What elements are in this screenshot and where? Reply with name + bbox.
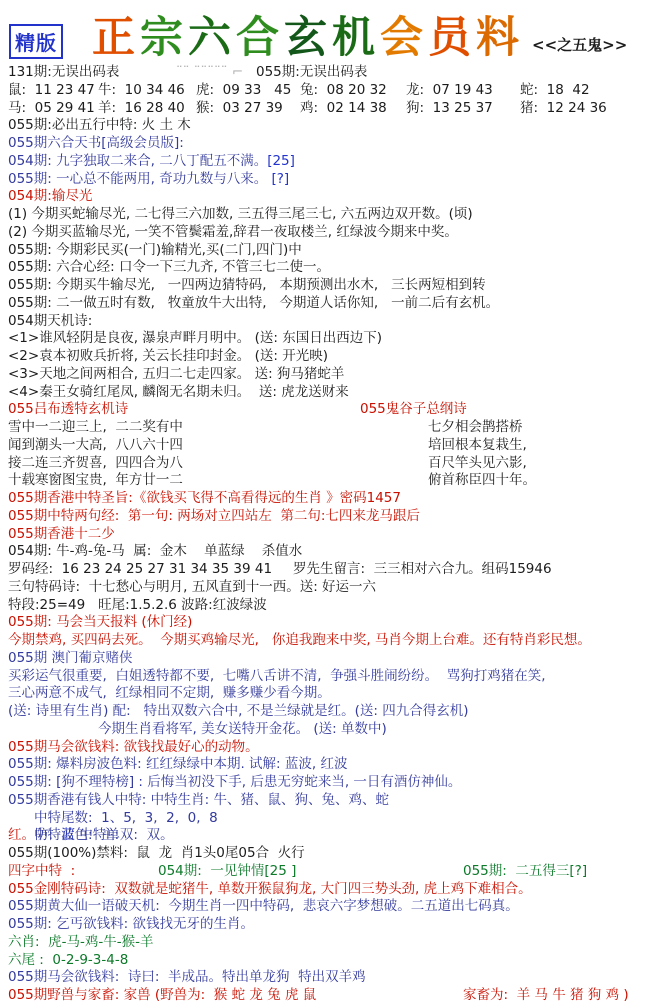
text-line: 055期: [狗不理特榜] : 后悔当初没下手, 后患无穷蛇来当, 一日有酒仿神… (8, 774, 654, 792)
text-line: 055期: 今期买牛输尽光, 一四两边猜特码, 本期预测出水木, 三长两短相到转 (8, 277, 654, 295)
text-segment: <2>袁本初败兵折将, 关云长挂印封金。 (送: 开光映) (8, 348, 328, 364)
text-segment: 055期六合天书[高级会员版]: (8, 135, 184, 151)
title-char: 合 (236, 13, 284, 63)
text-line: 055期香港有钱人中特: 中特生肖: 牛、猪、鼠、狗、兔、鸡、蛇 (8, 792, 654, 810)
title-char: 宗 (140, 13, 188, 63)
text-line: 055期香港十二少 (8, 526, 654, 544)
text-segment: 蛇: 18 42 (520, 82, 590, 100)
text-line: 买彩运气很重要, 白姐透特都不要, 七嘴八舌讲不清, 争强斗胜闹纷纷。 骂狗打鸡… (8, 668, 654, 686)
text-segment: ¨¨ ¨¨¨¨¨ ⌐ (176, 64, 243, 82)
text-segment: 中特波色: 主: (34, 827, 128, 845)
text-segment: 055期: 爆料房波色料: 红红绿绿中本期. 试解: 蓝波, 红波 (8, 756, 347, 772)
text-line: 055期: 六合心经: 口令一下三九齐, 不管三七二使一。 (8, 259, 654, 277)
text-segment: 龙: 07 19 43 (406, 82, 493, 100)
text-line: 鼠: 11 23 47牛: 10 34 46虎: 09 33 45兔: 08 2… (8, 82, 654, 100)
text-line: 055期马会欲钱料: 诗曰: 半成品。特出单龙狗 特出双羊鸡 (8, 969, 654, 987)
text-segment: 055吕布透特玄机诗 (8, 401, 128, 417)
text-segment: 055期 澳门葡京赌侠 (8, 650, 133, 666)
text-line: (1) 今期买蛇输尽光, 二七得三六加数, 三五得三尾三七, 六五两边双开数。(… (8, 206, 654, 224)
edition-subtitle: <<之五鬼>> (532, 34, 627, 55)
text-line: 中特波色: 主: 红。防: 蓝 中特单双: 双。 (8, 827, 654, 845)
text-segment: 十载寒窗图宝贵, 年方廿一二 (8, 472, 183, 488)
text-line: 055期(100%)禁料: 鼠 龙 肖1头0尾05合 火行 (8, 845, 654, 863)
text-segment: 055期野兽与家畜: 家兽 (野兽为: 猴 蛇 龙 兔 虎 鼠 (8, 987, 316, 1003)
text-segment: 中特尾数: 1、5, 3, 2, 0, 8 (34, 810, 218, 828)
text-segment: 猴: 03 27 39 (196, 100, 283, 118)
text-segment: 055期马会欲钱料: 诗曰: 半成品。特出单龙狗 特出双羊鸡 (8, 969, 366, 985)
text-line: 054期: 牛-鸡-兔-马 属: 金木 单蓝绿 杀值水 (8, 543, 654, 561)
text-line: 雪中一二迎三上, 二二奖有中七夕相会鹊搭桥 (8, 419, 654, 437)
text-line: 131期:无误出码表¨¨ ¨¨¨¨¨ ⌐055期:无误出码表 (8, 64, 654, 82)
text-line: 马: 05 29 41羊: 16 28 40猴: 03 27 39鸡: 02 1… (8, 100, 654, 118)
text-segment: 055期: [狗不理特榜] : 后悔当初没下手, 后患无穷蛇来当, 一日有酒仿神… (8, 774, 461, 790)
text-segment: 055期: 二五得三[?] (463, 863, 587, 881)
text-segment: 兔: 08 20 32 (300, 82, 387, 100)
text-segment: 055期香港中特圣旨:《欲钱买飞得不高看得远的生肖 》密码1457 (8, 490, 401, 506)
text-segment: 055期香港有钱人中特: 中特生肖: 牛、猪、鼠、狗、兔、鸡、蛇 (8, 792, 389, 808)
text-segment: 055鬼谷子总纲诗 (360, 401, 467, 419)
text-line: 055期 澳门葡京赌侠 (8, 650, 654, 668)
title-char: 正 (92, 13, 140, 63)
text-line: 054期天机诗: (8, 313, 654, 331)
text-segment: 今期禁鸡, 买四码去死。 今期买鸡输尽光, 你追我跑来中奖, 马肖今期上台难。还… (8, 632, 591, 648)
text-line: 十载寒窗图宝贵, 年方廿一二俯首称臣四十年。 (8, 472, 654, 490)
text-segment: 六肖: 虎-马-鸡-牛-猴-羊 (8, 934, 154, 950)
edition-badge: 精版 (9, 24, 63, 59)
text-segment: 054期:输尽光 (8, 188, 92, 204)
text-segment: <1>谁风轻阴是良夜, 瀑泉声畔月明中。 (送: 东国日出西边下) (8, 330, 382, 346)
text-segment: 055期:无误出码表 (256, 64, 367, 82)
text-segment: 红。 (8, 827, 35, 843)
text-segment: 055期香港十二少 (8, 526, 115, 542)
text-line: (2) 今期买蓝输尽光, 一笑不管鬓霜羞,辞君一夜取楼兰, 红绿波今期来中奖。 (8, 224, 654, 242)
text-line: 055期:必出五行中特: 火 土 木 (8, 117, 654, 135)
text-line: (送: 诗里有生肖) 配: 特出双数六合中, 不是兰绿就是红。(送: 四九合得玄… (8, 703, 654, 721)
text-segment: 055期: 今期彩民买(一门)输精光,买(二门,四门)中 (8, 242, 302, 258)
text-segment: 四字中特 : (8, 863, 75, 879)
text-segment: 055期: 六合心经: 口令一下三九齐, 不管三七二使一。 (8, 259, 330, 275)
text-line: 中特尾数: 1、5, 3, 2, 0, 8 (8, 810, 654, 828)
text-segment: 培回根本复栽生, (428, 437, 527, 455)
text-segment: 055期黄大仙一语破天机: 今期生肖一四中特码, 悲哀六字梦想破。二五道出七码真… (8, 898, 519, 914)
text-line: 055金刚特码诗: 双数就是蛇猪牛, 单数开猴鼠狗龙, 大门四三势头劲, 虎上鸡… (8, 881, 654, 899)
text-segment: (2) 今期买蓝输尽光, 一笑不管鬓霜羞,辞君一夜取楼兰, 红绿波今期来中奖。 (8, 224, 458, 240)
text-segment: 055期(100%)禁料: 鼠 龙 肖1头0尾05合 火行 (8, 845, 305, 861)
title-char: 料 (476, 13, 524, 63)
text-segment: 055期: 今期买牛输尽光, 一四两边猜特码, 本期预测出水木, 三长两短相到转 (8, 277, 486, 293)
text-segment: 131期:无误出码表 (8, 64, 119, 80)
text-line: 055期中特两句经: 第一句: 两场对立四站左 第二句:七四来龙马跟后 (8, 508, 654, 526)
text-segment: 狗: 13 25 37 (406, 100, 493, 118)
text-line: 055期香港中特圣旨:《欲钱买飞得不高看得远的生肖 》密码1457 (8, 490, 654, 508)
text-segment: 七夕相会鹊搭桥 (428, 419, 523, 437)
text-line: 055期: 今期彩民买(一门)输精光,买(二门,四门)中 (8, 242, 654, 260)
text-line: <3>天地之间两相合, 五归二七走四家。 送: 狗马猪蛇羊 (8, 366, 654, 384)
text-segment: 雪中一二迎三上, 二二奖有中 (8, 419, 183, 435)
text-line: 055期: 乞丐欲钱料: 欲钱找无牙的生肖。 (8, 916, 654, 934)
text-segment: 055期: 二一做五时有数, 牧童放牛大出特, 今期道人话你知, 一前二后有玄机… (8, 295, 499, 311)
text-segment: 054期: 一见钟情[25 ] (158, 863, 296, 881)
text-line: 三心两意不成气, 红绿相同不定期, 赚多赚少看今期。 (8, 685, 654, 703)
text-segment: 虎: 09 33 45 (196, 82, 291, 100)
text-segment: 六尾 : 0-2-9-3-4-8 (8, 952, 128, 968)
text-segment: <4>秦王女骑红尾凤, 麟阁无名期未归。 送: 虎龙送财来 (8, 384, 349, 400)
text-segment: 鸡: 02 14 38 (300, 100, 387, 118)
text-segment: 猪: 12 24 36 (520, 100, 607, 118)
text-line: 055期马会欲钱料: 欲钱找最好心的动物。 (8, 739, 654, 757)
text-line: 055期: 爆料房波色料: 红红绿绿中本期. 试解: 蓝波, 红波 (8, 756, 654, 774)
text-segment: [?] (271, 171, 289, 187)
text-line: 054期: 九字独取二来合, 二八丁配五不满。[25] (8, 153, 654, 171)
text-line: 罗码经: 16 23 24 25 27 31 34 35 39 41罗先生留言:… (8, 561, 654, 579)
text-segment: 家畜为: 羊 马 牛 猪 狗 鸡 ) (463, 987, 629, 1005)
text-segment: 055期中特两句经: 第一句: 两场对立四站左 第二句:七四来龙马跟后 (8, 508, 420, 524)
text-line: 今期生肖看将军, 美女送特开金花。 (送: 单数中) (8, 721, 654, 739)
text-segment: 接二连三齐贺喜, 四四合为八 (8, 455, 183, 471)
text-line: <2>袁本初败兵折将, 关云长挂印封金。 (送: 开光映) (8, 348, 654, 366)
text-segment: 055期:必出五行中特: 火 土 木 (8, 117, 191, 133)
text-line: 055期六合天书[高级会员版]: (8, 135, 654, 153)
text-line: 今期禁鸡, 买四码去死。 今期买鸡输尽光, 你追我跑来中奖, 马肖今期上台难。还… (8, 632, 654, 650)
text-line: 055期: 马会当天报料 (休门经) (8, 614, 654, 632)
text-segment: 罗码经: 16 23 24 25 27 31 34 35 39 41 (8, 561, 272, 577)
page-title: 正宗六合玄机会员料 (92, 4, 524, 65)
title-char: 会 (380, 13, 428, 63)
text-line: 接二连三齐贺喜, 四四合为八百尺竿头见六影, (8, 455, 654, 473)
text-segment: <3>天地之间两相合, 五归二七走四家。 送: 狗马猪蛇羊 (8, 366, 344, 382)
text-segment: (送: 诗里有生肖) 配: 特出双数六合中, 不是兰绿就是红。(送: 四九合得玄… (8, 703, 469, 719)
text-segment: 三句特码诗: 十七愁心与明月, 五风直到十一西。送: 好运一六 (8, 579, 376, 595)
text-segment: 闻到潮头一大高, 八八六十四 (8, 437, 183, 453)
text-line: 闻到潮头一大高, 八八六十四培回根本复栽生, (8, 437, 654, 455)
text-line: 055期野兽与家畜: 家兽 (野兽为: 猴 蛇 龙 兔 虎 鼠家畜为: 羊 马 … (8, 987, 654, 1005)
text-segment: 今期生肖看将军, 美女送特开金花。 (送: 单数中) (98, 721, 387, 739)
text-segment: 百尺竿头见六影, (428, 455, 527, 473)
text-segment: 鼠: 11 23 47 (8, 82, 95, 98)
text-segment: 俯首称臣四十年。 (428, 472, 536, 490)
text-segment: 马: 05 29 41 (8, 100, 95, 116)
text-segment: 054期: 九字独取二来合, 二八丁配五不满。 (8, 153, 267, 169)
text-line: 055期: 二一做五时有数, 牧童放牛大出特, 今期道人话你知, 一前二后有玄机… (8, 295, 654, 313)
text-segment: 特段:25=49 旺尾:1.5.2.6 波路:红波绿波 (8, 597, 267, 613)
text-segment: 054期天机诗: (8, 313, 92, 329)
text-segment: 054期: 牛-鸡-兔-马 属: 金木 单蓝绿 杀值水 (8, 543, 302, 559)
text-line: 055吕布透特玄机诗055鬼谷子总纲诗 (8, 401, 654, 419)
text-segment: 买彩运气很重要, 白姐透特都不要, 七嘴八舌讲不清, 争强斗胜闹纷纷。 骂狗打鸡… (8, 668, 546, 684)
text-segment: 羊: 16 28 40 (98, 100, 185, 118)
text-segment: 牛: 10 34 46 (98, 82, 185, 100)
content-lines: 131期:无误出码表¨¨ ¨¨¨¨¨ ⌐055期:无误出码表鼠: 11 23 4… (8, 64, 654, 1005)
text-segment: 055金刚特码诗: 双数就是蛇猪牛, 单数开猴鼠狗龙, 大门四三势头劲, 虎上鸡… (8, 881, 532, 897)
text-segment: 罗先生留言: 三三相对六合九。组码15946 (293, 561, 552, 579)
text-segment: 055期: 乞丐欲钱料: 欲钱找无牙的生肖。 (8, 916, 254, 932)
text-line: 特段:25=49 旺尾:1.5.2.6 波路:红波绿波 (8, 597, 654, 615)
lottery-tip-sheet: { "header": { "badge": "精版", "title_char… (0, 0, 656, 1008)
text-segment: 055期: 马会当天报料 (休门经) (8, 614, 192, 630)
text-line: 055期黄大仙一语破天机: 今期生肖一四中特码, 悲哀六字梦想破。二五道出七码真… (8, 898, 654, 916)
text-line: 六尾 : 0-2-9-3-4-8 (8, 952, 654, 970)
title-char: 员 (428, 13, 476, 63)
text-segment: 055期马会欲钱料: 欲钱找最好心的动物。 (8, 739, 259, 755)
text-segment: (1) 今期买蛇输尽光, 二七得三六加数, 三五得三尾三七, 六五两边双开数。(… (8, 206, 473, 222)
text-segment: [25] (267, 153, 295, 169)
page-header: 精版 正宗六合玄机会员料 <<之五鬼>> (0, 0, 656, 62)
text-line: <1>谁风轻阴是良夜, 瀑泉声畔月明中。 (送: 东国日出西边下) (8, 330, 654, 348)
text-line: <4>秦王女骑红尾凤, 麟阁无名期未归。 送: 虎龙送财来 (8, 384, 654, 402)
text-segment: 055期: 一心总不能两用, 奇功九数与八来。 (8, 171, 271, 187)
text-line: 六肖: 虎-马-鸡-牛-猴-羊 (8, 934, 654, 952)
title-char: 六 (188, 13, 236, 63)
title-char: 玄 (284, 13, 332, 63)
text-segment: 三心两意不成气, 红绿相同不定期, 赚多赚少看今期。 (8, 685, 331, 701)
title-char: 机 (332, 13, 380, 63)
text-line: 054期:输尽光 (8, 188, 654, 206)
text-line: 四字中特 :054期: 一见钟情[25 ]055期: 二五得三[?] (8, 863, 654, 881)
text-line: 055期: 一心总不能两用, 奇功九数与八来。 [?] (8, 171, 654, 189)
text-line: 三句特码诗: 十七愁心与明月, 五风直到十一西。送: 好运一六 (8, 579, 654, 597)
